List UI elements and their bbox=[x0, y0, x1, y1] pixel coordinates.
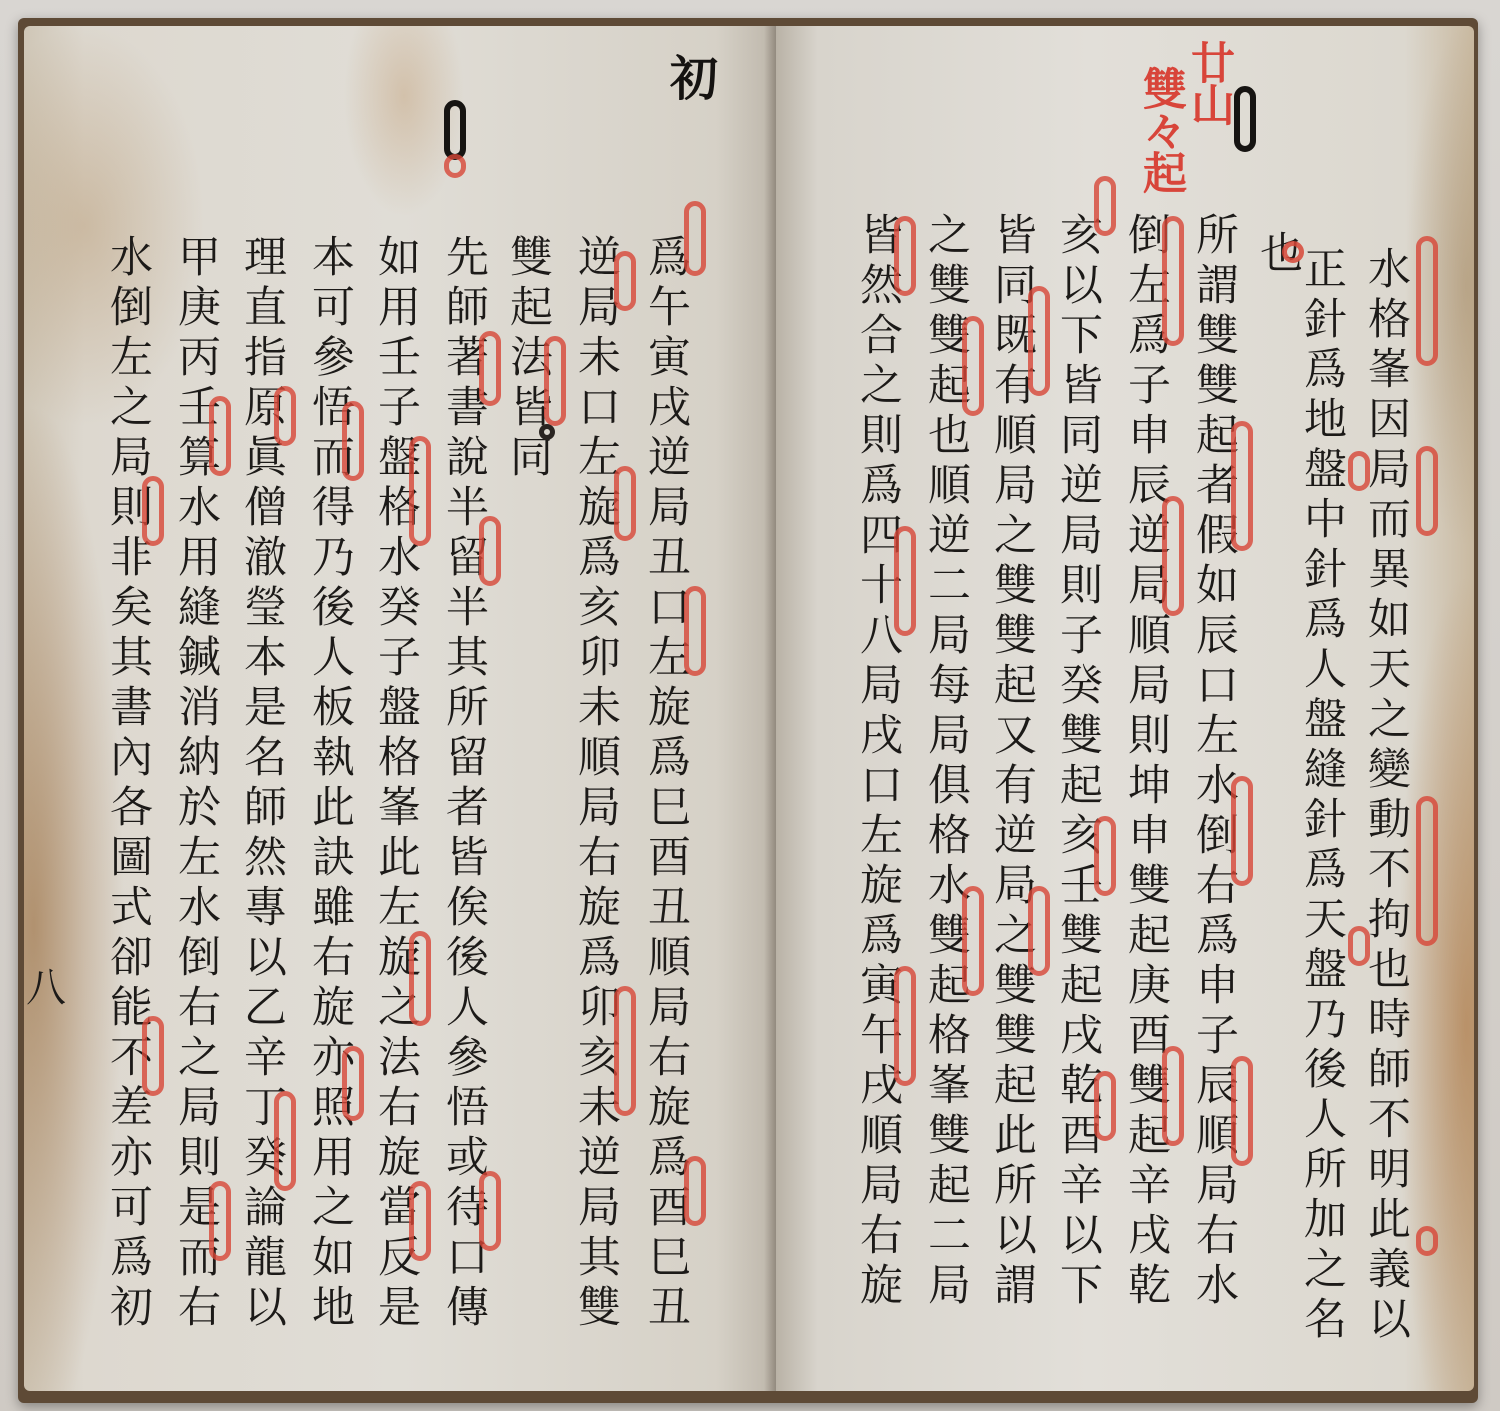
red-loop-mark-icon bbox=[1416, 796, 1438, 946]
text-column-6: 本可參悟而得乃後人板執此訣雖右旋亦照用之如地 bbox=[308, 234, 351, 1334]
text-column-2: 正針爲地盤中針爲人盤縫針爲天盤乃後人所加之名 bbox=[1300, 246, 1343, 1346]
red-loop-mark-icon bbox=[684, 586, 706, 676]
red-loop-mark-icon bbox=[1348, 451, 1370, 491]
black-circle-mark-icon bbox=[444, 100, 466, 160]
red-loop-mark-icon bbox=[1416, 236, 1438, 366]
text-column-9: 水倒左之局則非矣其書內各圖式卻能不差亦可爲初 bbox=[106, 234, 149, 1334]
red-loop-mark-icon bbox=[544, 336, 566, 426]
page-number: 八 bbox=[26, 956, 66, 1013]
text-column-6: 亥以下皆同逆局則子癸雙起亥壬雙起戌乾酉辛以下 bbox=[1056, 212, 1099, 1312]
red-loop-mark-icon bbox=[1094, 176, 1116, 236]
header-glyph: 初 bbox=[670, 40, 718, 109]
red-circle-mark-icon bbox=[444, 154, 466, 178]
red-loop-mark-icon bbox=[1162, 1046, 1184, 1146]
red-loop-mark-icon bbox=[1416, 1226, 1438, 1256]
red-loop-mark-icon bbox=[962, 316, 984, 416]
text-column-9: 皆然合之則爲四十八局戌口左旋爲寅午戌順局右旋 bbox=[856, 212, 899, 1312]
red-loop-mark-icon bbox=[1348, 926, 1370, 966]
red-loop-mark-icon bbox=[209, 1181, 231, 1261]
red-loop-mark-icon bbox=[1162, 216, 1184, 346]
text-column-2: 逆局未口左旋爲亥卯未順局右旋爲卯亥未逆局其雙 bbox=[574, 234, 617, 1334]
red-loop-mark-icon bbox=[409, 1181, 431, 1261]
red-loop-mark-icon bbox=[142, 1016, 164, 1096]
text-column-1: 水格峯因局而異如天之變動不拘也時師不明此義以 bbox=[1364, 246, 1407, 1346]
red-loop-mark-icon bbox=[614, 251, 636, 311]
red-loop-mark-icon bbox=[1231, 421, 1253, 551]
red-loop-mark-icon bbox=[1416, 446, 1438, 536]
left-page: 初 爲午寅戌逆局丑口左旋爲巳酉丑順局右旋爲酉巳丑 逆局未口左旋爲亥卯未順局右旋爲… bbox=[24, 26, 776, 1391]
red-loop-mark-icon bbox=[1094, 816, 1116, 896]
red-loop-mark-icon bbox=[409, 931, 431, 1026]
red-loop-mark-icon bbox=[342, 401, 364, 481]
red-loop-mark-icon bbox=[409, 436, 431, 546]
red-loop-mark-icon bbox=[1231, 1056, 1253, 1166]
text-column-4: 所謂雙雙起者假如辰口左水倒右爲申子辰順局右水 bbox=[1192, 212, 1235, 1312]
red-loop-mark-icon bbox=[479, 331, 501, 406]
red-loop-mark-icon bbox=[1094, 1071, 1116, 1141]
red-loop-mark-icon bbox=[1028, 886, 1050, 976]
red-loop-mark-icon bbox=[142, 476, 164, 546]
red-loop-mark-icon bbox=[479, 516, 501, 586]
red-loop-mark-icon bbox=[614, 986, 636, 1116]
right-page: 廿山 雙々起 水格峯因局而異如天之變動不拘也時師不明此義以 正針爲地盤中針爲人盤… bbox=[776, 26, 1474, 1391]
black-dot-mark-icon bbox=[539, 424, 555, 440]
red-loop-mark-icon bbox=[1028, 286, 1050, 396]
red-loop-mark-icon bbox=[342, 1046, 364, 1121]
red-loop-mark-icon bbox=[274, 1091, 296, 1191]
red-loop-mark-icon bbox=[894, 216, 916, 296]
red-loop-mark-icon bbox=[684, 201, 706, 276]
text-column-7: 皆同既有順局之雙雙起又有逆局之雙雙起此所以謂 bbox=[990, 212, 1033, 1312]
red-ring-mark-icon bbox=[1282, 241, 1304, 263]
red-loop-mark-icon bbox=[684, 1156, 706, 1226]
text-column-5: 如用壬子盤格水癸子盤格峯此左旋之法右旋當反是 bbox=[374, 234, 417, 1334]
red-annotation-title: 廿山 bbox=[1186, 40, 1230, 124]
text-column-3: 雙起法皆同 bbox=[506, 234, 549, 484]
red-loop-mark-icon bbox=[614, 466, 636, 541]
red-loop-mark-icon bbox=[894, 526, 916, 636]
red-annotation-subtitle: 雙々起 bbox=[1138, 66, 1182, 192]
text-column-5: 倒左爲子申辰逆局順局則坤申雙起庚酉雙起辛戌乾 bbox=[1124, 212, 1167, 1312]
text-column-4: 先師著書說半留半其所留者皆俟後人參悟或待口傳 bbox=[442, 234, 485, 1334]
red-loop-mark-icon bbox=[209, 396, 231, 476]
red-loop-mark-icon bbox=[1231, 776, 1253, 886]
text-column-8: 之雙雙起也順逆二局每局俱格水雙起格峯雙起二局 bbox=[924, 212, 967, 1312]
text-column-1: 爲午寅戌逆局丑口左旋爲巳酉丑順局右旋爲酉巳丑 bbox=[644, 234, 687, 1334]
red-loop-mark-icon bbox=[479, 1171, 501, 1251]
red-loop-mark-icon bbox=[274, 386, 296, 446]
black-circle-mark-icon bbox=[1234, 86, 1256, 152]
red-loop-mark-icon bbox=[1162, 496, 1184, 616]
red-loop-mark-icon bbox=[962, 886, 984, 996]
red-loop-mark-icon bbox=[894, 966, 916, 1086]
